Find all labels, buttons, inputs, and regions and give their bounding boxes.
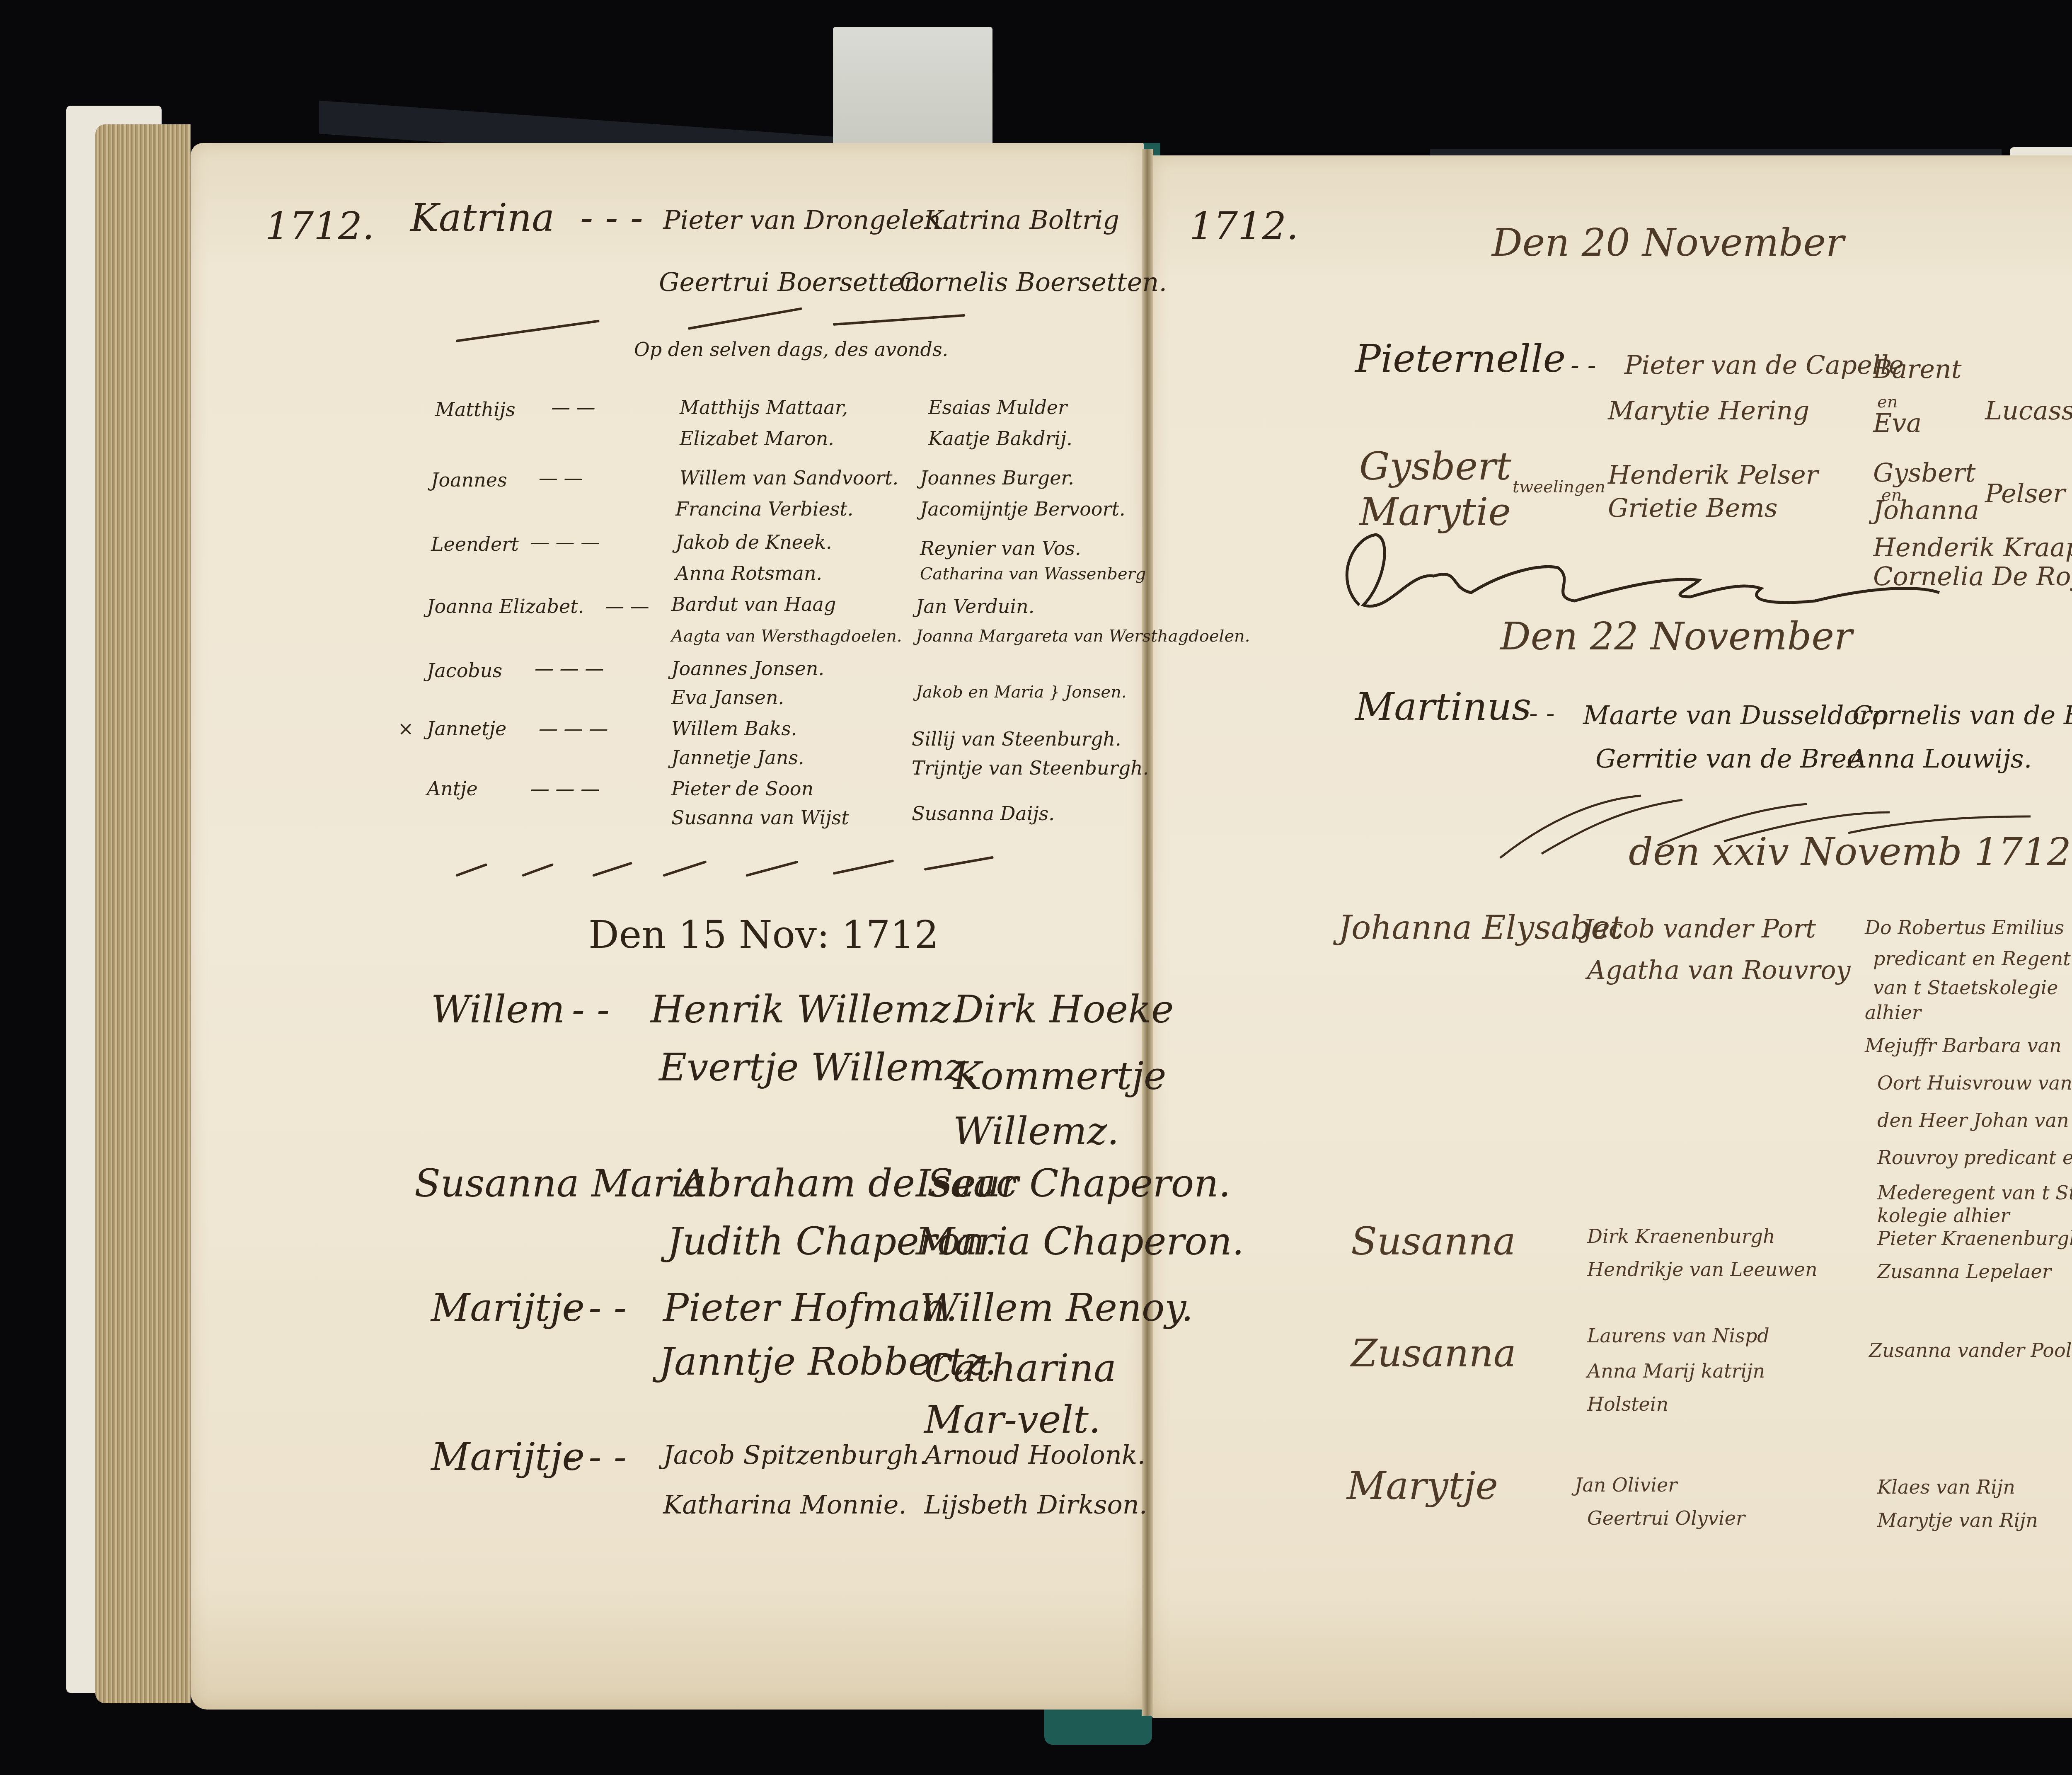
entry-child: Zusanna [1351, 1334, 1516, 1373]
list-witness: Esaias Mulder [928, 398, 1067, 417]
entry-witness: Arnoud Hoolonk. [924, 1442, 1145, 1468]
entry-witness: Pieter Kraenenburgh [1877, 1229, 2072, 1248]
entry-parent: Grietie Bems [1608, 495, 1778, 521]
entry-dash: - - [1571, 352, 1596, 378]
list-dash: — — — [530, 533, 600, 552]
date-heading-24-nov: den xxiv Novemb 1712 [1629, 833, 2071, 871]
entry-witness: Kommertje Willemz. [953, 1049, 1135, 1159]
entry-child: Susanna [1351, 1223, 1516, 1261]
entry-witness: Isaac Chaperon. [916, 1165, 1231, 1203]
entry-dash: - - - [564, 1289, 627, 1327]
entry-witness: Zusanna vander Pool [1869, 1341, 2072, 1360]
list-dash: — — [551, 398, 595, 417]
date-heading-20-nov: Den 20 November [1492, 224, 1844, 262]
entry-witness: Lijsbeth Dirkson. [924, 1492, 1147, 1518]
list-witness: Jakob en Maria } Jonsen. [916, 684, 1127, 700]
date-heading-15-nov: Den 15 Nov: 1712 [588, 916, 939, 954]
katrina-father: Pieter van Drongelen. [663, 207, 949, 233]
date-heading-22-nov: Den 22 November [1500, 617, 1852, 656]
entry-note-twins: tweelingen [1513, 479, 1605, 495]
entry-parent: Agatha van Rouvroy [1587, 957, 1851, 983]
list-witness: Reynier van Vos. [920, 539, 1081, 558]
entry-witness: Mejuffr Barbara van [1865, 1036, 2062, 1055]
paper-tab-marker [833, 27, 992, 151]
entry-parent: Jan Olivier [1575, 1475, 1677, 1494]
entry-child: Susanna Maria [414, 1165, 706, 1203]
entry-witness: Willem Renoy. [920, 1289, 1193, 1327]
list-witness: Joannes Burger. [920, 468, 1074, 487]
subheading-same-day-evening: Op den selven dags, des avonds. [634, 340, 948, 359]
katrina-child-name: Katrina [410, 199, 554, 237]
entry-witness: Catharina Mar-velt. [924, 1343, 1115, 1446]
entry-witness: van t Staetskolegie [1873, 978, 2058, 997]
katrina-witness-2: Cornelis Boersetten. [899, 269, 1167, 295]
entry-parent: Geertrui Olyvier [1587, 1509, 1745, 1528]
list-parent: Anna Rotsman. [675, 564, 822, 583]
left-page-year: 1712. [265, 207, 374, 245]
entry-child: Marijtje [431, 1289, 585, 1327]
entry-child: Martinus [1355, 688, 1531, 726]
list-parent: Pieter de Soon [671, 779, 813, 798]
entry-witness: Rouvroy predicant en [1877, 1148, 2072, 1167]
entry-witness: Anna Louwijs. [1848, 746, 2032, 772]
entry-dash: - - - [564, 1438, 627, 1476]
list-parent: Jannetje Jans. [671, 748, 804, 767]
entry-witness: den Heer Johan van [1877, 1111, 2069, 1130]
entry-dash: - - [1529, 700, 1555, 726]
list-witness: Trijntje van Steenburgh. [912, 758, 1149, 777]
list-parent: Susanna van Wijst [671, 808, 849, 827]
list-parent: Willem van Sandvoort. [680, 468, 898, 487]
list-witness: Catharina van Wassenberg [920, 566, 1146, 582]
list-dash: — — — [535, 659, 604, 678]
entry-child: Gysbert [1359, 448, 1511, 486]
entry-child: Pieternelle [1355, 340, 1566, 378]
list-witness: Sillij van Steenburgh. [912, 729, 1121, 748]
entry-parent: Gerritie van de Bree [1595, 746, 1862, 772]
entry-parent: Marytie Hering [1608, 398, 1809, 424]
entry-parent: Dirk Kraenenburgh [1587, 1227, 1775, 1246]
list-witness: Susanna Daijs. [912, 804, 1055, 823]
entry-witness: predicant en Regent [1873, 949, 2071, 968]
left-page-stack-edges [95, 124, 191, 1703]
entry-parent: Pieter van de Capelle [1624, 352, 1904, 378]
entry-parent: Pieter Hofman. [663, 1289, 958, 1327]
entry-witness: Dirk Hoeke [953, 990, 1174, 1029]
list-child: Matthijs [435, 400, 516, 419]
list-parent: Matthijs Mattaar, [680, 398, 848, 417]
katrina-dash: - - - [580, 199, 643, 237]
entry-child: Marijtje [431, 1438, 585, 1476]
list-child: Antje [427, 779, 478, 798]
entry-witness: Oort Huisvrouw van [1877, 1073, 2072, 1092]
entry-parent: Henrik Willemz. [651, 990, 963, 1029]
entry-witness-surname: Lucasse [1985, 398, 2072, 424]
list-parent: Francina Verbiest. [675, 499, 853, 518]
right-page-year: 1712. [1189, 207, 1298, 245]
book-gutter [1142, 149, 1153, 1716]
entry-parent: Maarte van Dusseldorp [1583, 702, 1888, 728]
list-witness: Jan Verduin. [916, 597, 1034, 616]
entry-witness: Eva [1873, 410, 1922, 436]
entry-parent: Henderik Pelser [1608, 462, 1818, 488]
list-parent: Elizabet Maron. [680, 429, 834, 448]
list-witness: Kaatje Bakdrij. [928, 429, 1072, 448]
list-child: Joanna Elizabet. [427, 597, 584, 616]
entry-parent: Katharina Monnie. [663, 1492, 907, 1518]
entry-parent: Anna Marij katrijn [1587, 1361, 1765, 1380]
entry-parent: Holstein [1587, 1395, 1668, 1414]
entry-child: Marytje [1347, 1467, 1498, 1505]
entry-witness-surname: Pelser [1985, 481, 2065, 506]
entry-witness: Maria Chaperon. [916, 1223, 1244, 1261]
list-dash: — — — [539, 719, 608, 738]
entry-parent: Jacob vander Port [1583, 916, 1816, 942]
list-child: Joannes [431, 470, 507, 489]
entry-witness: Marytje van Rijn [1877, 1511, 2038, 1530]
list-child: Jacobus [427, 661, 502, 680]
entry-witness: Zusanna Lepelaer [1877, 1262, 2051, 1281]
entry-child: Willem [431, 990, 565, 1029]
entry-child: Johanna Elysabet [1339, 912, 1623, 944]
list-dash: — — [539, 468, 583, 487]
entry-witness: Do Robertus Emilius [1865, 918, 2064, 937]
entry-witness: Johanna [1873, 497, 1979, 523]
list-parent: Bardut van Haag [671, 595, 836, 614]
entry-witness: Klaes van Rijn [1877, 1477, 2015, 1497]
entry-witness: Barent [1873, 356, 1962, 382]
entry-witness: alhier [1865, 1003, 1921, 1022]
list-parent: Willem Baks. [671, 719, 797, 738]
list-witness: Joanna Margareta van Wersthagdoelen. [916, 628, 1250, 644]
entry-witness: kolegie alhier [1877, 1206, 2009, 1225]
list-parent: Eva Jansen. [671, 688, 784, 707]
entry-dash: - - [572, 990, 610, 1029]
list-dash: — — [605, 597, 649, 616]
entry-parent: Evertje Willemz. [659, 1049, 977, 1087]
entry-witness: Mederegent van t Staets [1877, 1183, 2072, 1202]
entry-parent: Laurens van Nispd [1587, 1326, 1769, 1345]
list-child: Jannetje [427, 719, 506, 738]
list-witness: Jacomijntje Bervoort. [920, 499, 1126, 518]
list-parent: Aagta van Wersthagdoelen. [671, 628, 902, 644]
list-parent: Joannes Jonsen. [671, 659, 824, 678]
list-dash: — — — [530, 779, 600, 798]
decorative-flourish [1326, 522, 2072, 630]
list-marker-x: × [398, 719, 414, 738]
entry-witness: Gysbert [1873, 460, 1975, 486]
list-parent: Jakob de Kneek. [675, 533, 832, 552]
list-child: Leendert [431, 535, 519, 554]
entry-parent: Hendrikje van Leeuwen [1587, 1260, 1818, 1279]
entry-witness: Cornelis van de Bree [1852, 702, 2072, 728]
katrina-mother: Geertrui Boersetten. [659, 269, 928, 295]
entry-parent: Jacob Spitzenburgh. [663, 1442, 927, 1468]
katrina-witness-1: Katrina Boltrig [924, 207, 1119, 233]
